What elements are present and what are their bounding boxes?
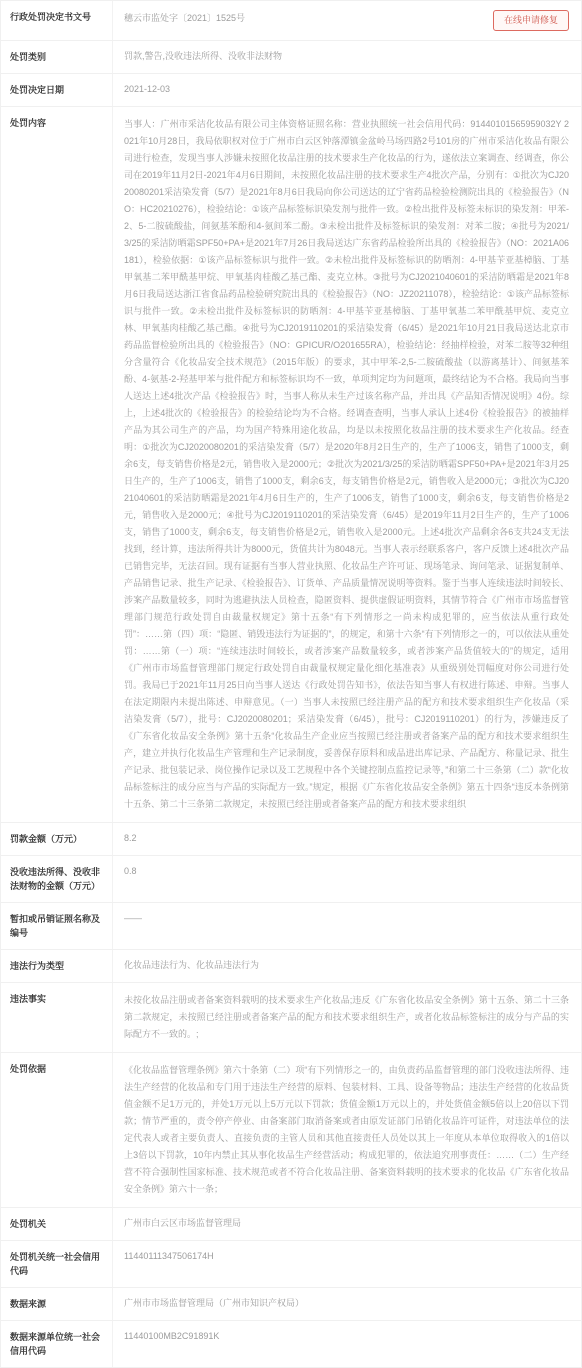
violation-type-value: 化妆品违法行为、化妆品违法行为 (113, 950, 581, 982)
row-penalty-content: 处罚内容 当事人：广州市采洁化妆品有限公司主体资格证照名称：营业执照统一社会信用… (1, 107, 581, 823)
fine-amount-label: 罚款金额（万元） (1, 823, 113, 855)
document-number-label: 行政处罚决定书文号 (1, 1, 113, 40)
penalty-authority-credit-code-value: 11440111347506174H (113, 1241, 581, 1287)
violation-type-label: 违法行为类型 (1, 950, 113, 982)
row-confiscation-amount: 没收违法所得、没收非法财物的金额（万元） 0.8 (1, 856, 581, 903)
violation-facts-value: 未按化妆品注册或者备案资料载明的技术要求生产化妆品;违反《广东省化妆品安全条例》… (113, 983, 581, 1052)
penalty-content-label: 处罚内容 (1, 107, 113, 822)
row-penalty-basis: 处罚依据 《化妆品监督管理条例》第六十条第（二）项“有下列情形之一的，由负责药品… (1, 1053, 581, 1208)
row-license-suspension: 暂扣或吊销证照名称及编号 —— (1, 903, 581, 950)
penalty-detail-table: 行政处罚决定书文号 穗云市监处字〔2021〕1525号 在线申请修复 处罚类别 … (0, 0, 582, 1368)
document-number-value: 穗云市监处字〔2021〕1525号 (124, 10, 245, 24)
penalty-content-value: 当事人：广州市采洁化妆品有限公司主体资格证照名称：营业执照统一社会信用代码：91… (113, 107, 581, 822)
row-fine-amount: 罚款金额（万元） 8.2 (1, 823, 581, 856)
data-source-label: 数据来源 (1, 1288, 113, 1320)
penalty-authority-credit-code-label: 处罚机关统一社会信用代码 (1, 1241, 113, 1287)
row-penalty-category: 处罚类别 罚款,警告,没收违法所得、没收非法财物 (1, 41, 581, 74)
row-penalty-decision-date: 处罚决定日期 2021-12-03 (1, 74, 581, 107)
row-violation-type: 违法行为类型 化妆品违法行为、化妆品违法行为 (1, 950, 581, 983)
row-penalty-authority: 处罚机关 广州市白云区市场监督管理局 (1, 1208, 581, 1241)
row-data-source: 数据来源 广州市市场监督管理局（广州市知识产权局） (1, 1288, 581, 1321)
online-repair-button[interactable]: 在线申请修复 (493, 10, 569, 31)
data-source-credit-code-label: 数据来源单位统一社会信用代码 (1, 1321, 113, 1367)
penalty-basis-value: 《化妆品监督管理条例》第六十条第（二）项“有下列情形之一的，由负责药品监督管理的… (113, 1053, 581, 1207)
row-data-source-credit-code: 数据来源单位统一社会信用代码 11440100MB2C91891K (1, 1321, 581, 1368)
penalty-category-label: 处罚类别 (1, 41, 113, 73)
violation-facts-label: 违法事实 (1, 983, 113, 1052)
penalty-decision-date-label: 处罚决定日期 (1, 74, 113, 106)
penalty-decision-date-value: 2021-12-03 (113, 74, 581, 106)
penalty-authority-value: 广州市白云区市场监督管理局 (113, 1208, 581, 1240)
row-penalty-authority-credit-code: 处罚机关统一社会信用代码 11440111347506174H (1, 1241, 581, 1288)
confiscation-amount-label: 没收违法所得、没收非法财物的金额（万元） (1, 856, 113, 902)
license-suspension-label: 暂扣或吊销证照名称及编号 (1, 903, 113, 949)
fine-amount-value: 8.2 (113, 823, 581, 855)
penalty-category-value: 罚款,警告,没收违法所得、没收非法财物 (113, 41, 581, 73)
row-document-number: 行政处罚决定书文号 穗云市监处字〔2021〕1525号 在线申请修复 (1, 1, 581, 41)
row-violation-facts: 违法事实 未按化妆品注册或者备案资料载明的技术要求生产化妆品;违反《广东省化妆品… (1, 983, 581, 1053)
penalty-basis-label: 处罚依据 (1, 1053, 113, 1207)
confiscation-amount-value: 0.8 (113, 856, 581, 902)
data-source-value: 广州市市场监督管理局（广州市知识产权局） (113, 1288, 581, 1320)
penalty-authority-label: 处罚机关 (1, 1208, 113, 1240)
license-suspension-value: —— (113, 903, 581, 949)
data-source-credit-code-value: 11440100MB2C91891K (113, 1321, 581, 1367)
